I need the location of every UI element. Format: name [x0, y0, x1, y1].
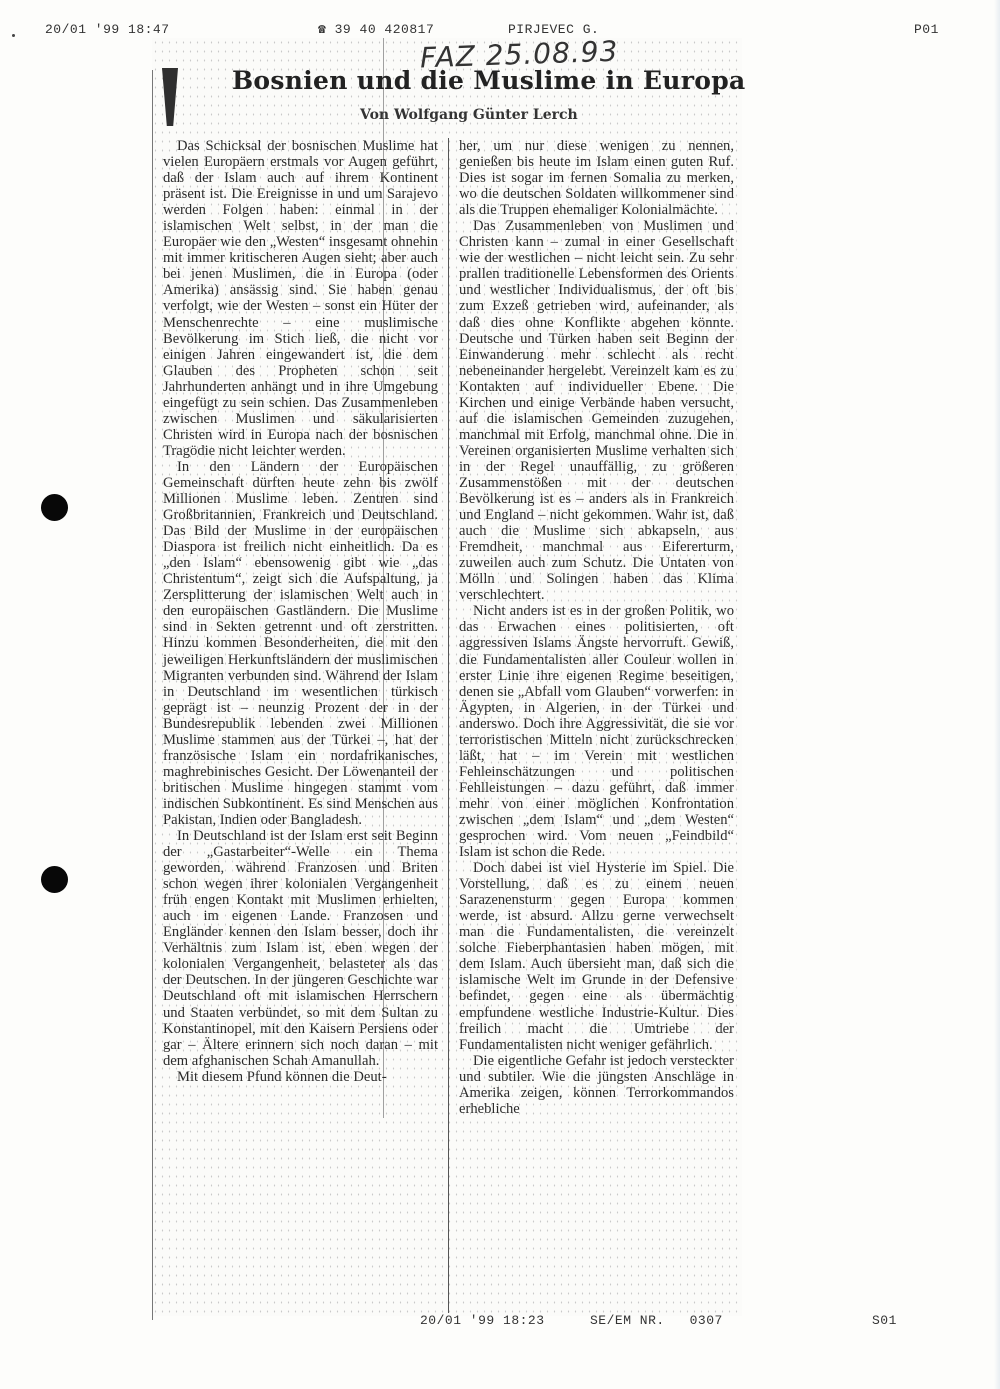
paragraph: Die eigentliche Gefahr ist jedoch verste…: [459, 1053, 734, 1117]
fax-header-phone: ☎ 39 40 420817: [318, 22, 434, 37]
scan-speck: [12, 34, 15, 37]
paragraph: her, um nur diese wenigen zu nennen, gen…: [459, 138, 734, 218]
punch-hole-icon: [41, 866, 68, 893]
fax-header-datetime: 20/01 '99 18:47: [45, 22, 170, 37]
column-divider: [448, 138, 449, 1313]
page-edge-shadow: [994, 0, 1000, 1389]
article-column-left: Das Schicksal der bosnischen Muslime hat…: [163, 138, 438, 1085]
article-column-right: her, um nur diese wenigen zu nennen, gen…: [459, 138, 734, 1117]
fax-footer-reference: SE/EM NR. 0307: [590, 1313, 723, 1328]
paragraph: Das Zusammenleben von Muslimen und Chris…: [459, 218, 734, 603]
paragraph: Mit diesem Pfund können die Deut-: [163, 1069, 438, 1085]
paragraph: Das Schicksal der bosnischen Muslime hat…: [163, 138, 438, 459]
paragraph: In Deutschland ist der Islam erst seit B…: [163, 828, 438, 1069]
fax-footer-page: S01: [872, 1313, 897, 1328]
clipping-edge: [152, 70, 153, 1320]
paragraph: Doch dabei ist viel Hysterie im Spiel. D…: [459, 860, 734, 1053]
fax-footer-datetime: 20/01 '99 18:23: [420, 1313, 545, 1328]
telephone-icon: ☎ 39 40 420817: [318, 22, 434, 37]
paragraph: In den Ländern der Europäischen Gemeinsc…: [163, 459, 438, 828]
fax-header-page: P01: [914, 22, 939, 37]
article-byline: Von Wolfgang Günter Lerch: [360, 107, 578, 123]
paragraph: Nicht anders ist es in der großen Politi…: [459, 603, 734, 860]
punch-hole-icon: [41, 494, 68, 521]
article-headline: Bosnien und die Muslime in Europa: [232, 66, 745, 95]
